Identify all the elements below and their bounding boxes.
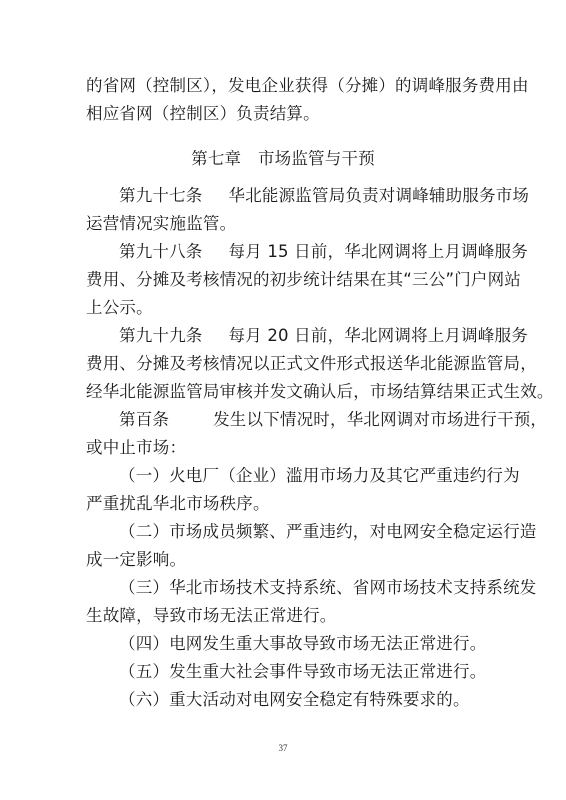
list-item: （二）市场成员频繁、严重违约，对电网安全稳定运行造 xyxy=(119,522,519,542)
paragraph-line: 运营情况实施监管。 xyxy=(86,214,486,234)
list-item-continuation: 生故障，导致市场无法正常进行。 xyxy=(86,606,486,626)
article-number: 第百条 xyxy=(119,410,169,429)
article-text: 每月 15 日前，华北网调将上月调峰服务 xyxy=(229,242,529,261)
page-number: 37 xyxy=(0,743,566,753)
article-99: 第九十九条每月 20 日前，华北网调将上月调峰服务 xyxy=(119,326,519,346)
document-page: 的省网（控制区），发电企业获得（分摊）的调峰服务费用由 相应省网（控制区）负责结… xyxy=(0,0,566,800)
list-item: （四）电网发生重大事故导致市场无法正常进行。 xyxy=(119,634,519,654)
chapter-title: 第七章 市场监管与干预 xyxy=(0,149,566,169)
article-number: 第九十七条 xyxy=(119,186,203,205)
paragraph-line: 费用、分摊及考核情况的初步统计结果在其“三公”门户网站 xyxy=(86,270,486,290)
article-98: 第九十八条每月 15 日前，华北网调将上月调峰服务 xyxy=(119,242,519,262)
list-item-continuation: 成一定影响。 xyxy=(86,550,486,570)
paragraph-line: 上公示。 xyxy=(86,298,486,318)
article-100: 第百条发生以下情况时，华北网调对市场进行干预， xyxy=(119,410,519,430)
paragraph-line: 费用、分摊及考核情况以正式文件形式报送华北能源监管局， xyxy=(86,354,486,374)
paragraph-line: 的省网（控制区），发电企业获得（分摊）的调峰服务费用由 xyxy=(86,76,486,96)
paragraph-line: 相应省网（控制区）负责结算。 xyxy=(86,104,486,124)
paragraph-line: 或中止市场： xyxy=(86,438,486,458)
article-text: 华北能源监管局负责对调峰辅助服务市场 xyxy=(229,186,530,205)
list-item-continuation: 严重扰乱华北市场秩序。 xyxy=(86,494,486,514)
article-number: 第九十八条 xyxy=(119,242,203,261)
article-text: 每月 20 日前，华北网调将上月调峰服务 xyxy=(229,326,529,345)
list-item: （三）华北市场技术支持系统、省网市场技术支持系统发 xyxy=(119,578,519,598)
article-number: 第九十九条 xyxy=(119,326,203,345)
article-text: 发生以下情况时，华北网调对市场进行干预， xyxy=(213,410,547,429)
list-item: （五）发生重大社会事件导致市场无法正常进行。 xyxy=(119,662,519,682)
paragraph-line: 经华北能源监管局审核并发文确认后，市场结算结果正式生效。 xyxy=(86,382,486,402)
list-item: （一）火电厂（企业）滥用市场力及其它严重违约行为 xyxy=(119,466,519,486)
article-97: 第九十七条华北能源监管局负责对调峰辅助服务市场 xyxy=(119,186,519,206)
list-item: （六）重大活动对电网安全稳定有特殊要求的。 xyxy=(119,690,519,710)
